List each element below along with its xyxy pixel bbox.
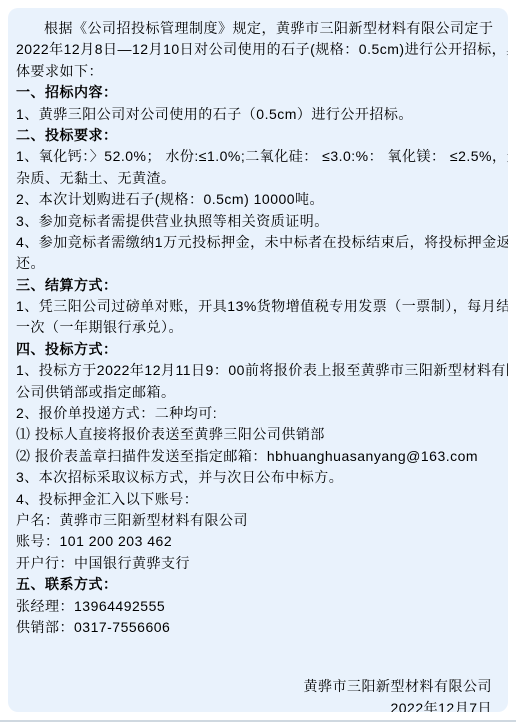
section-heading-line: 三、结算方式：	[16, 275, 500, 296]
blank-line	[16, 657, 500, 676]
text-line: 2、本次计划购进石子(规格：0.5cm) 10000吨。	[16, 189, 500, 210]
text-line: 公司供销部或指定邮箱。	[16, 382, 500, 403]
date-char-with-dot: 日	[478, 698, 493, 712]
document-panel: 根据《公司招投标管理制度》规定，黄骅市三阳新型材料有限公司定于2022年12月8…	[8, 8, 508, 712]
text-line: ⑵ 报价表盖章扫描件发送至指定邮箱：hbhuanghuasanyang@163.…	[16, 446, 500, 467]
text-line: 1、凭三阳公司过磅单对账，开具13%货物增值税专用发票（一票制），每月结算	[16, 296, 500, 317]
text-line: 一次（一年期银行承兑）。	[16, 317, 500, 338]
text-line: 2022年12月8日—12月10日对公司使用的石子(规格：0.5cm)进行公开招…	[16, 39, 500, 60]
signature-date-line: 2022年12月7日	[16, 698, 500, 712]
date-text: 2022年	[390, 700, 438, 712]
text-line: 3、本次招标采取议标方式，并与次日公布中标方。	[16, 467, 500, 488]
text-line: 3、参加竞标者需提供营业执照等相关资质证明。	[16, 211, 500, 232]
text-line: 体要求如下：	[16, 61, 500, 82]
text-line: 根据《公司招投标管理制度》规定，黄骅市三阳新型材料有限公司定于	[16, 18, 500, 39]
date-text: 日	[478, 700, 493, 712]
text-line: 张经理：13964492555	[16, 596, 500, 617]
blank-line	[16, 638, 500, 657]
section-heading-line: 二、投标要求：	[16, 125, 500, 146]
text-line: 1、氧化钙：〉52.0%； 水份:≤1.0%;二氧化硅： ≤3.0:%： 氧化镁…	[16, 146, 500, 167]
text-line: 供销部：0317-7556606	[16, 617, 500, 638]
text-line: 黄骅市三阳新型材料有限公司	[16, 676, 500, 697]
text-line: 账号：101 200 203 462	[16, 531, 500, 552]
text-line: 开户行：中国银行黄骅支行	[16, 553, 500, 574]
section-heading-line: 一、招标内容：	[16, 82, 500, 103]
text-line: 4、投标押金汇入以下账号：	[16, 489, 500, 510]
text-line: 4、参加竞标者需缴纳1万元投标押金，未中标者在投标结束后，将投标押金返	[16, 232, 500, 253]
section-heading-line: 五、联系方式：	[16, 574, 500, 595]
section-heading-line: 四、投标方式：	[16, 339, 500, 360]
text-line: 还。	[16, 253, 500, 274]
date-highlighted-text: 12月7	[438, 700, 477, 712]
text-line: 2、报价单投递方式：二种均可:	[16, 403, 500, 424]
text-line: 1、投标方于2022年12月11日9：00前将报价表上报至黄骅市三阳新型材料有限	[16, 360, 500, 381]
text-line: ⑴ 投标人直接将报价表送至黄骅三阳公司供销部	[16, 424, 500, 445]
text-line: 1、黄骅三阳公司对公司使用的石子（0.5cm）进行公开招标。	[16, 104, 500, 125]
text-line: 杂质、无黏土、无黄渣。	[16, 168, 500, 189]
document-page: 根据《公司招投标管理制度》规定，黄骅市三阳新型材料有限公司定于2022年12月8…	[0, 0, 516, 722]
text-line: 户名：黄骅市三阳新型材料有限公司	[16, 510, 500, 531]
